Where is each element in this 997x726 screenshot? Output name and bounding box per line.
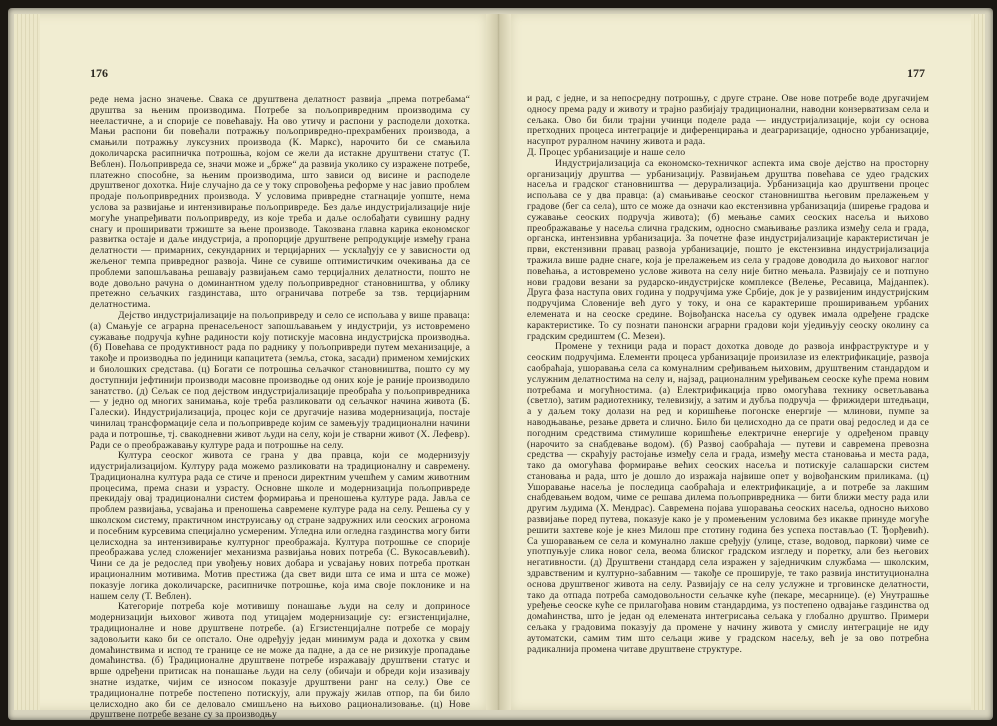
paragraph: Дејство индустријализације на пољопривре… [90,311,470,451]
paragraph-continued: и рад, с једне, и за непосредну потрошњу… [527,94,929,148]
page-number-left: 176 [90,66,108,81]
paragraph: реде нема јасно значење. Свака се друштв… [90,95,470,311]
page-number-right: 177 [907,66,925,81]
page-edges-right [971,14,985,710]
paragraph: Категорије потреба које мотивишу понашањ… [90,602,470,721]
paragraph: Промене у техници рада и пораст дохотка … [527,342,929,655]
paragraph: Култура сеоског живота се грана у два пр… [90,451,470,602]
book-gutter [486,14,511,710]
left-page-body: реде нема јасно значење. Свака се друштв… [90,95,470,721]
right-page-body: и рад, с једне, и за непосредну потрошњу… [527,94,929,655]
paragraph: Индустријализација са економско-техничко… [527,159,929,343]
page-edges-left [14,14,40,710]
